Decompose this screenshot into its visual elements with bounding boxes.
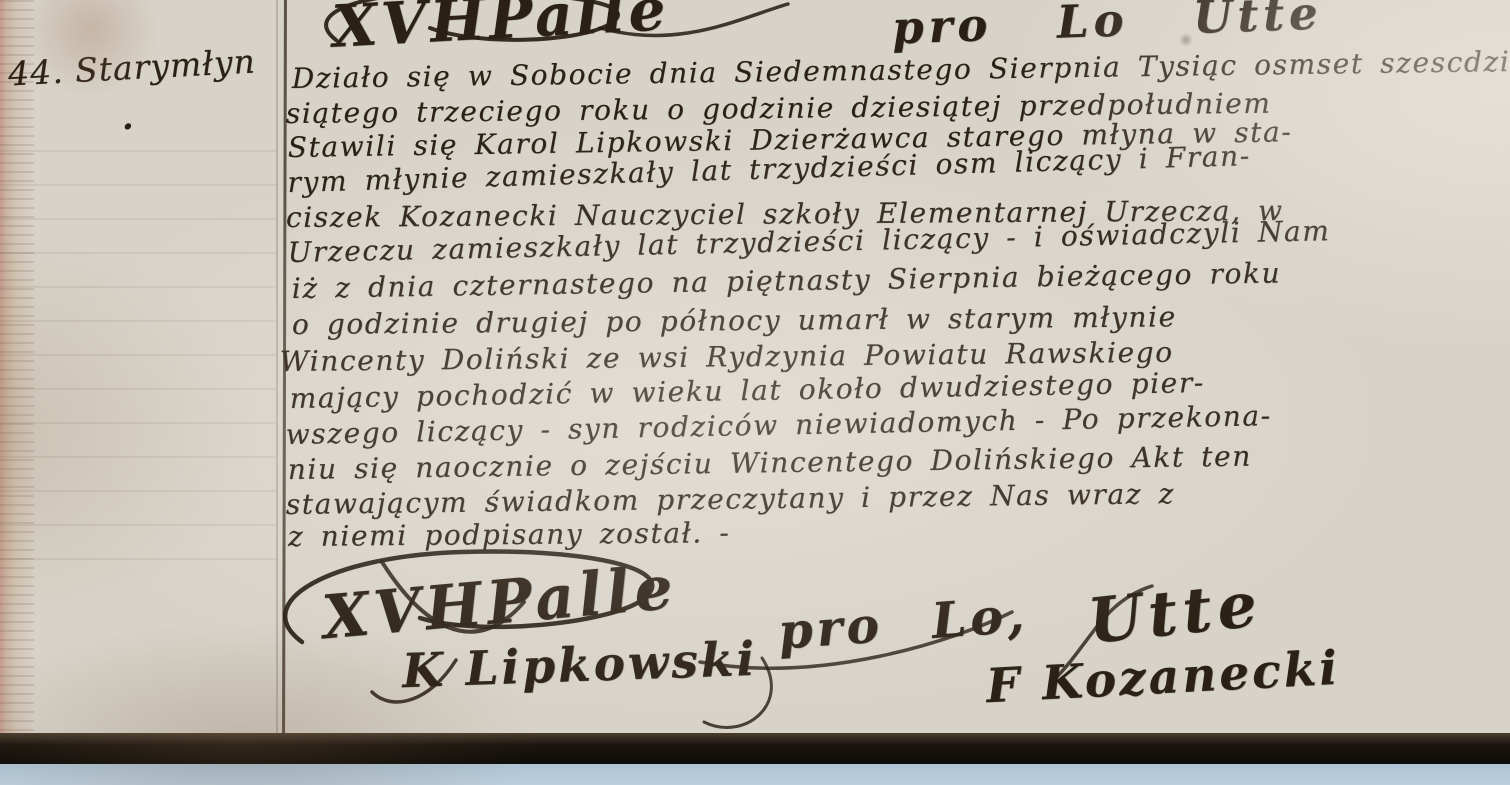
margin-ruled-line-faint — [276, 0, 278, 735]
scanner-background-strip — [0, 764, 1510, 785]
book-edge-shadow — [0, 733, 1510, 764]
entry-place-name: Starymłyn — [74, 42, 257, 90]
margin-trailing-period: . — [122, 98, 134, 138]
scanned-register-page: 44. Starymłyn . XVHPalle pro Lo Utte Dzi… — [0, 0, 1510, 785]
top-signature-annotation: pro Lo Utte — [891, 0, 1323, 54]
margin-show-through-lines — [0, 150, 276, 570]
official-signature-annotation: pro Lo, — [776, 585, 1029, 660]
book-binding-edge — [0, 0, 34, 740]
top-official-signature: XVHPalle — [330, 0, 671, 61]
witness-signature-lipkowski: K Lipkowski — [401, 632, 758, 699]
record-text-line: z niemi podpisany został. - — [288, 516, 731, 553]
margin-annotation: 44. Starymłyn — [7, 42, 257, 94]
official-signature-suffix: Utte — [1085, 567, 1266, 658]
entry-number: 44. — [7, 52, 64, 94]
witness-signature-kozanecki: F Kozanecki — [985, 641, 1342, 714]
record-text-line: o godzinie drugiej po północy umarł w st… — [292, 300, 1177, 341]
